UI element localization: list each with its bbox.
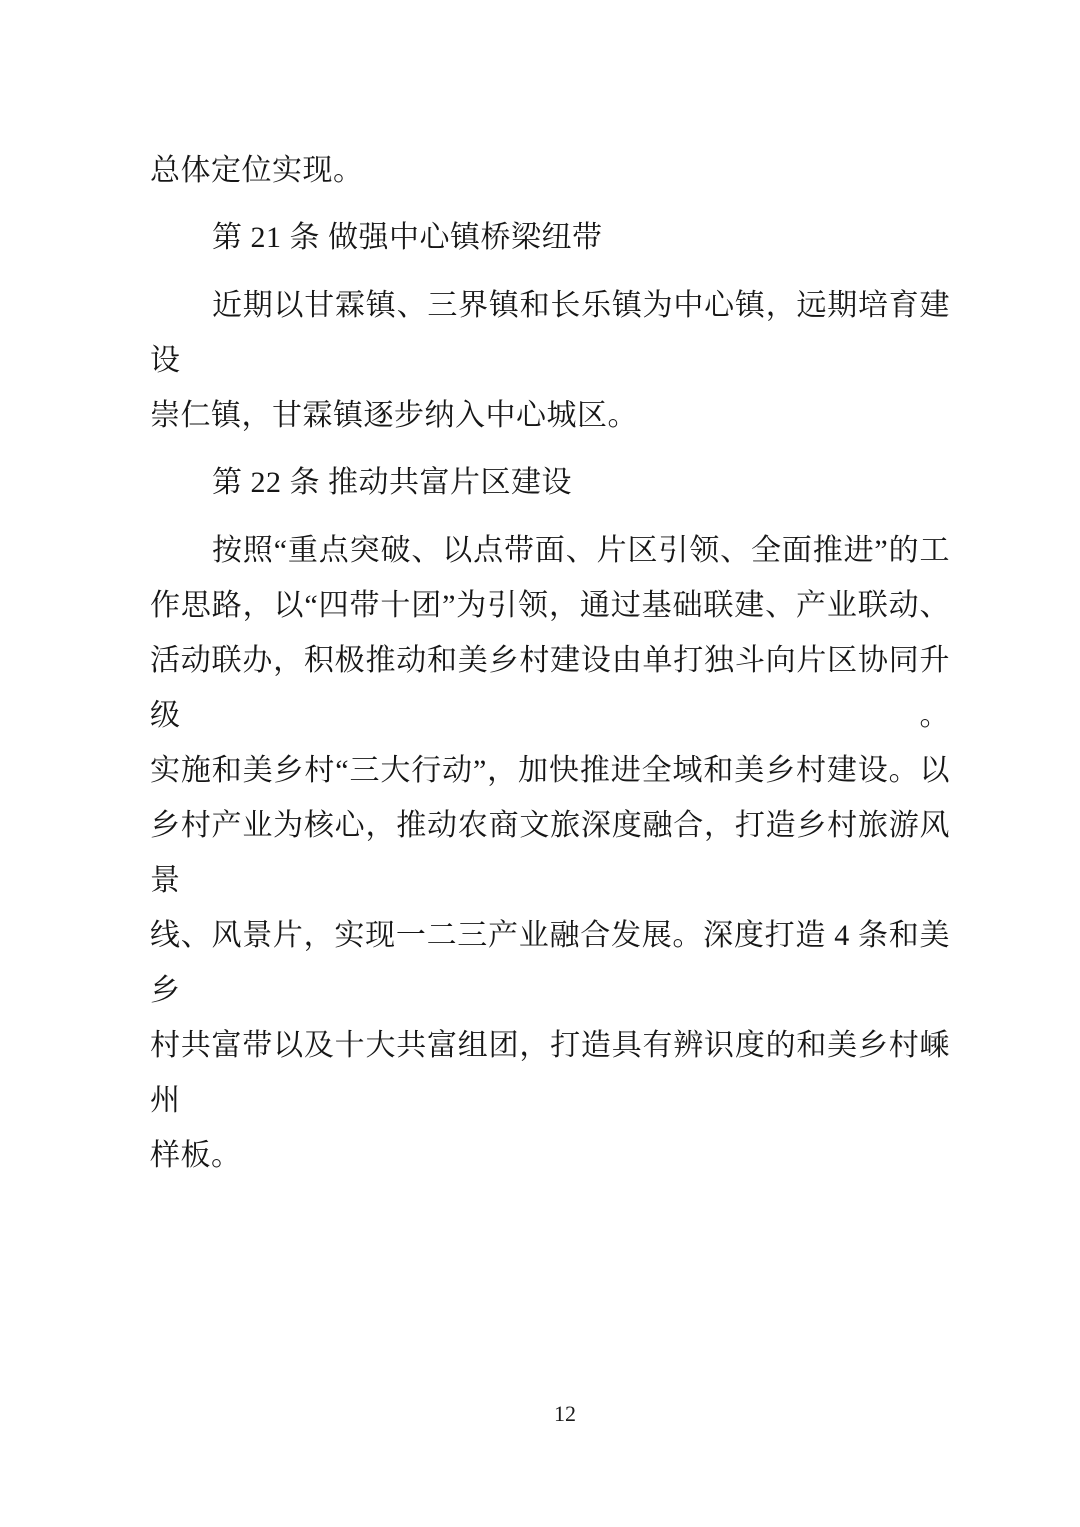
- text-line: 崇仁镇，甘霖镇逐步纳入中心城区。: [150, 388, 950, 443]
- text-line: 实施和美乡村“三大行动”，加快推进全域和美乡村建设。以: [150, 743, 950, 798]
- article-22-heading: 第 22 条 推动共富片区建设: [150, 455, 950, 510]
- text-line: 按照“重点突破、以点带面、片区引领、全面推进”的工: [150, 523, 950, 578]
- article-21-heading: 第 21 条 做强中心镇桥梁纽带: [150, 210, 950, 265]
- text-line: 活动联办，积极推动和美乡村建设由单打独斗向片区协同升级。: [150, 633, 950, 743]
- text-line: 线、风景片，实现一二三产业融合发展。深度打造 4 条和美乡: [150, 908, 950, 1018]
- document-page: 总体定位实现。 第 21 条 做强中心镇桥梁纽带 近期以甘霖镇、三界镇和长乐镇为…: [0, 0, 1080, 1527]
- text-line: 样板。: [150, 1128, 950, 1183]
- text-line: 乡村产业为核心，推动农商文旅深度融合，打造乡村旅游风景: [150, 798, 950, 908]
- text-line: 近期以甘霖镇、三界镇和长乐镇为中心镇，远期培育建设: [150, 278, 950, 388]
- text-line: 村共富带以及十大共富组团，打造具有辨识度的和美乡村嵊州: [150, 1018, 950, 1128]
- page-number: 12: [165, 1399, 965, 1429]
- text-line: 总体定位实现。: [150, 143, 950, 198]
- text-line: 作思路，以“四带十团”为引领，通过基础联建、产业联动、: [150, 578, 950, 633]
- document-body-text: 总体定位实现。 第 21 条 做强中心镇桥梁纽带 近期以甘霖镇、三界镇和长乐镇为…: [150, 143, 950, 1183]
